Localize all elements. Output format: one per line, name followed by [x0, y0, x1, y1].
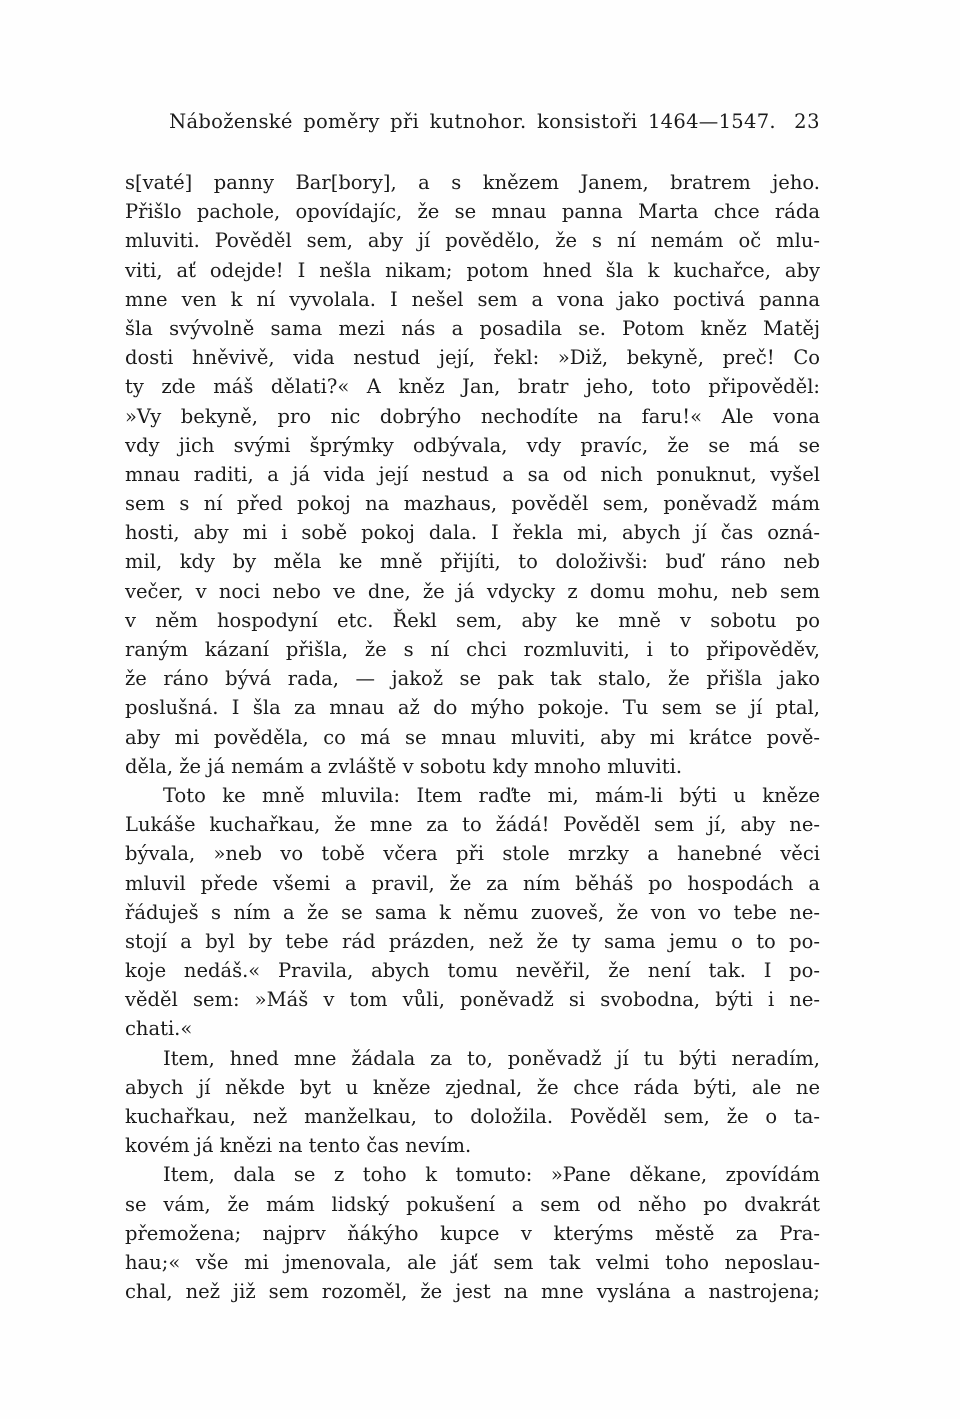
- text-line: chati.«: [125, 1014, 820, 1043]
- text-line: »Vy bekyně, pro nic dobrýho nechodíte na…: [125, 402, 820, 431]
- text-line: s[vaté] panny Bar[bory], a s knězem Jane…: [125, 168, 820, 197]
- text-line: chal, než již sem rozoměl, že jest na mn…: [125, 1277, 820, 1306]
- text-line: stojí a byl by tebe rád prázden, než že …: [125, 927, 820, 956]
- text-line: sem s ní před pokoj na mazhaus, pověděl …: [125, 489, 820, 518]
- scanned-page: Náboženské poměry při kutnohor. konsisto…: [0, 0, 960, 1419]
- text-line: hosti, aby mi i sobě pokoj dala. I řekla…: [125, 518, 820, 547]
- paragraph: s[vaté] panny Bar[bory], a s knězem Jane…: [125, 168, 820, 781]
- text-line: Toto ke mně mluvila: Item raďte mi, mám-…: [125, 781, 820, 810]
- text-line: Lukáše kuchařkau, že mne za to žádá! Pov…: [125, 810, 820, 839]
- text-line: věděl sem: »Máš v tom vůli, poněvadž si …: [125, 985, 820, 1014]
- text-line: Item, dala se z toho k tomuto: »Pane děk…: [125, 1160, 820, 1189]
- text-line: dosti hněvivě, vida nestud její, řekl: »…: [125, 343, 820, 372]
- running-header-title: Náboženské poměry při kutnohor. konsisto…: [169, 110, 776, 133]
- text-line: mne ven k ní vyvolala. I nešel sem a von…: [125, 285, 820, 314]
- text-line: abych jí někde byt u kněze zjednal, že c…: [125, 1073, 820, 1102]
- text-line: viti, ať odejde! I nešla nikam; potom hn…: [125, 256, 820, 285]
- text-line: večer, v noci nebo ve dne, že já vdycky …: [125, 577, 820, 606]
- text-line: šla svývolně sama mezi nás a posadila se…: [125, 314, 820, 343]
- text-line: raným kázaní přišla, že s ní chci rozmlu…: [125, 635, 820, 664]
- text-line: v něm hospodyní etc. Řekl sem, aby ke mn…: [125, 606, 820, 635]
- paragraph: Item, dala se z toho k tomuto: »Pane děk…: [125, 1160, 820, 1306]
- text-line: hau;« vše mi jmenovala, ale jáť sem tak …: [125, 1248, 820, 1277]
- text-line: kuchařkau, než manželkau, to doložila. P…: [125, 1102, 820, 1131]
- text-line: kovém já knězi na tento čas nevím.: [125, 1131, 820, 1160]
- text-line: Přišlo pachole, opovídajíc, že se mnau p…: [125, 197, 820, 226]
- paragraph: Item, hned mne žádala za to, poněvadž jí…: [125, 1044, 820, 1161]
- text-line: bývala, »neb vo tobě včera při stole mrz…: [125, 839, 820, 868]
- text-line: děla, že já nemám a zvláště v sobotu kdy…: [125, 752, 820, 781]
- running-header: Náboženské poměry při kutnohor. konsisto…: [125, 110, 820, 138]
- text-line: řáduješ s ním a že se sama k němu zuoveš…: [125, 898, 820, 927]
- text-line: poslušná. I šla za mnau až do mýho pokoj…: [125, 693, 820, 722]
- text-line: mluviti. Pověděl sem, aby jí povědělo, ž…: [125, 226, 820, 255]
- text-line: mil, kdy by měla ke mně přijíti, to dolo…: [125, 547, 820, 576]
- text-line: Item, hned mne žádala za to, poněvadž jí…: [125, 1044, 820, 1073]
- text-line: aby mi pověděla, co má se mnau mluviti, …: [125, 723, 820, 752]
- text-line: ty zde máš dělati?« A kněz Jan, bratr je…: [125, 372, 820, 401]
- text-line: mnau raditi, a já vida její nestud a sa …: [125, 460, 820, 489]
- text-line: vdy jich svými šprýmky odbývala, vdy pra…: [125, 431, 820, 460]
- paragraph: Toto ke mně mluvila: Item raďte mi, mám-…: [125, 781, 820, 1044]
- page-number: 23: [794, 110, 820, 133]
- text-line: mluvil přede všemi a pravil, že za ním b…: [125, 869, 820, 898]
- text-line: se vám, že mám lidský pokušení a sem od …: [125, 1190, 820, 1219]
- text-line: koje nedáš.« Pravila, abych tomu nevěřil…: [125, 956, 820, 985]
- text-line: přemožena; najprv ňákýho kupce v kterýms…: [125, 1219, 820, 1248]
- text-line: že ráno bývá rada, — jakož se pak tak st…: [125, 664, 820, 693]
- body-text: s[vaté] panny Bar[bory], a s knězem Jane…: [125, 168, 820, 1306]
